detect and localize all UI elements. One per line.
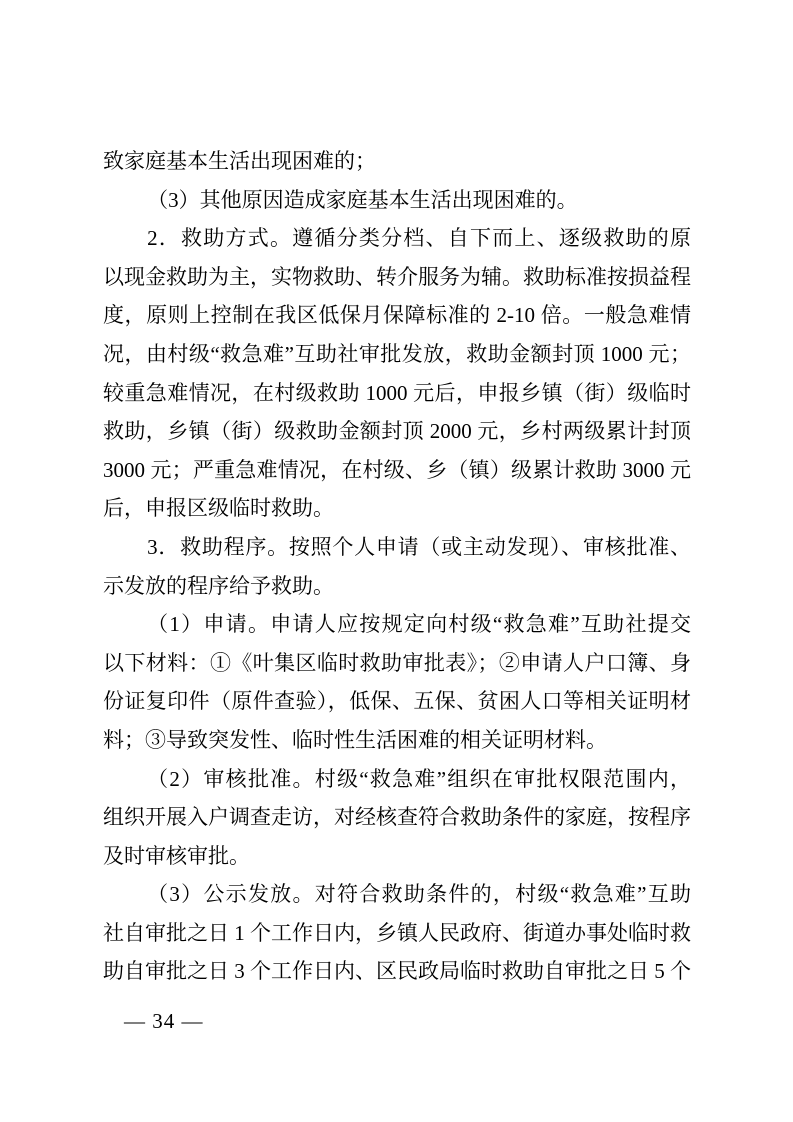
text-line: 以现金救助为主，实物救助、转介服务为辅。救助标准按损益程 <box>103 258 691 297</box>
text-line: 3000 元；严重急难情况，在村级、乡（镇）级累计救助 3000 元 <box>103 451 691 490</box>
text-line: 后，申报区级临时救助。 <box>103 489 691 528</box>
document-page: 致家庭基本生活出现困难的； （3）其他原因造成家庭基本生活出现困难的。 2．救助… <box>0 0 793 1122</box>
text-line: （2）审核批准。村级“救急难”组织在审批权限范围内， <box>103 760 691 799</box>
text-line: 以下材料：①《叶集区临时救助审批表》；②申请人户口簿、身 <box>103 644 691 683</box>
text-line: 组织开展入户调查走访，对经核查符合救助条件的家庭，按程序 <box>103 798 691 837</box>
text-line: （3）其他原因造成家庭基本生活出现困难的。 <box>103 181 691 220</box>
text-line: 度，原则上控制在我区低保月保障标准的 2-10 倍。一般急难情 <box>103 296 691 335</box>
text-line: 料；③导致突发性、临时性生活困难的相关证明材料。 <box>103 721 691 760</box>
text-line: 助自审批之日 3 个工作日内、区民政局临时救助自审批之日 5 个 <box>103 952 691 991</box>
page-number: — 34 — <box>124 1006 204 1036</box>
text-line: 社自审批之日 1 个工作日内，乡镇人民政府、街道办事处临时救 <box>103 914 691 953</box>
text-line: 致家庭基本生活出现困难的； <box>103 142 691 181</box>
text-line: 份证复印件（原件查验），低保、五保、贫困人口等相关证明材 <box>103 682 691 721</box>
text-line: 3．救助程序。按照个人申请（或主动发现）、审核批准、公 <box>103 528 691 567</box>
text-line: 示发放的程序给予救助。 <box>103 567 691 606</box>
text-line: 及时审核审批。 <box>103 837 691 876</box>
text-line: （1）申请。申请人应按规定向村级“救急难”互助社提交 <box>103 605 691 644</box>
body-text-block: 致家庭基本生活出现困难的； （3）其他原因造成家庭基本生活出现困难的。 2．救助… <box>103 142 691 991</box>
text-line: 况，由村级“救急难”互助社审批发放，救助金额封顶 1000 元； <box>103 335 691 374</box>
text-line: 救助，乡镇（街）级救助金额封顶 2000 元，乡村两级累计封顶 <box>103 412 691 451</box>
text-line: （3）公示发放。对符合救助条件的，村级“救急难”互助 <box>103 875 691 914</box>
text-line: 2．救助方式。遵循分类分档、自下而上、逐级救助的原则， <box>103 219 691 258</box>
text-line: 较重急难情况，在村级救助 1000 元后，申报乡镇（街）级临时 <box>103 374 691 413</box>
